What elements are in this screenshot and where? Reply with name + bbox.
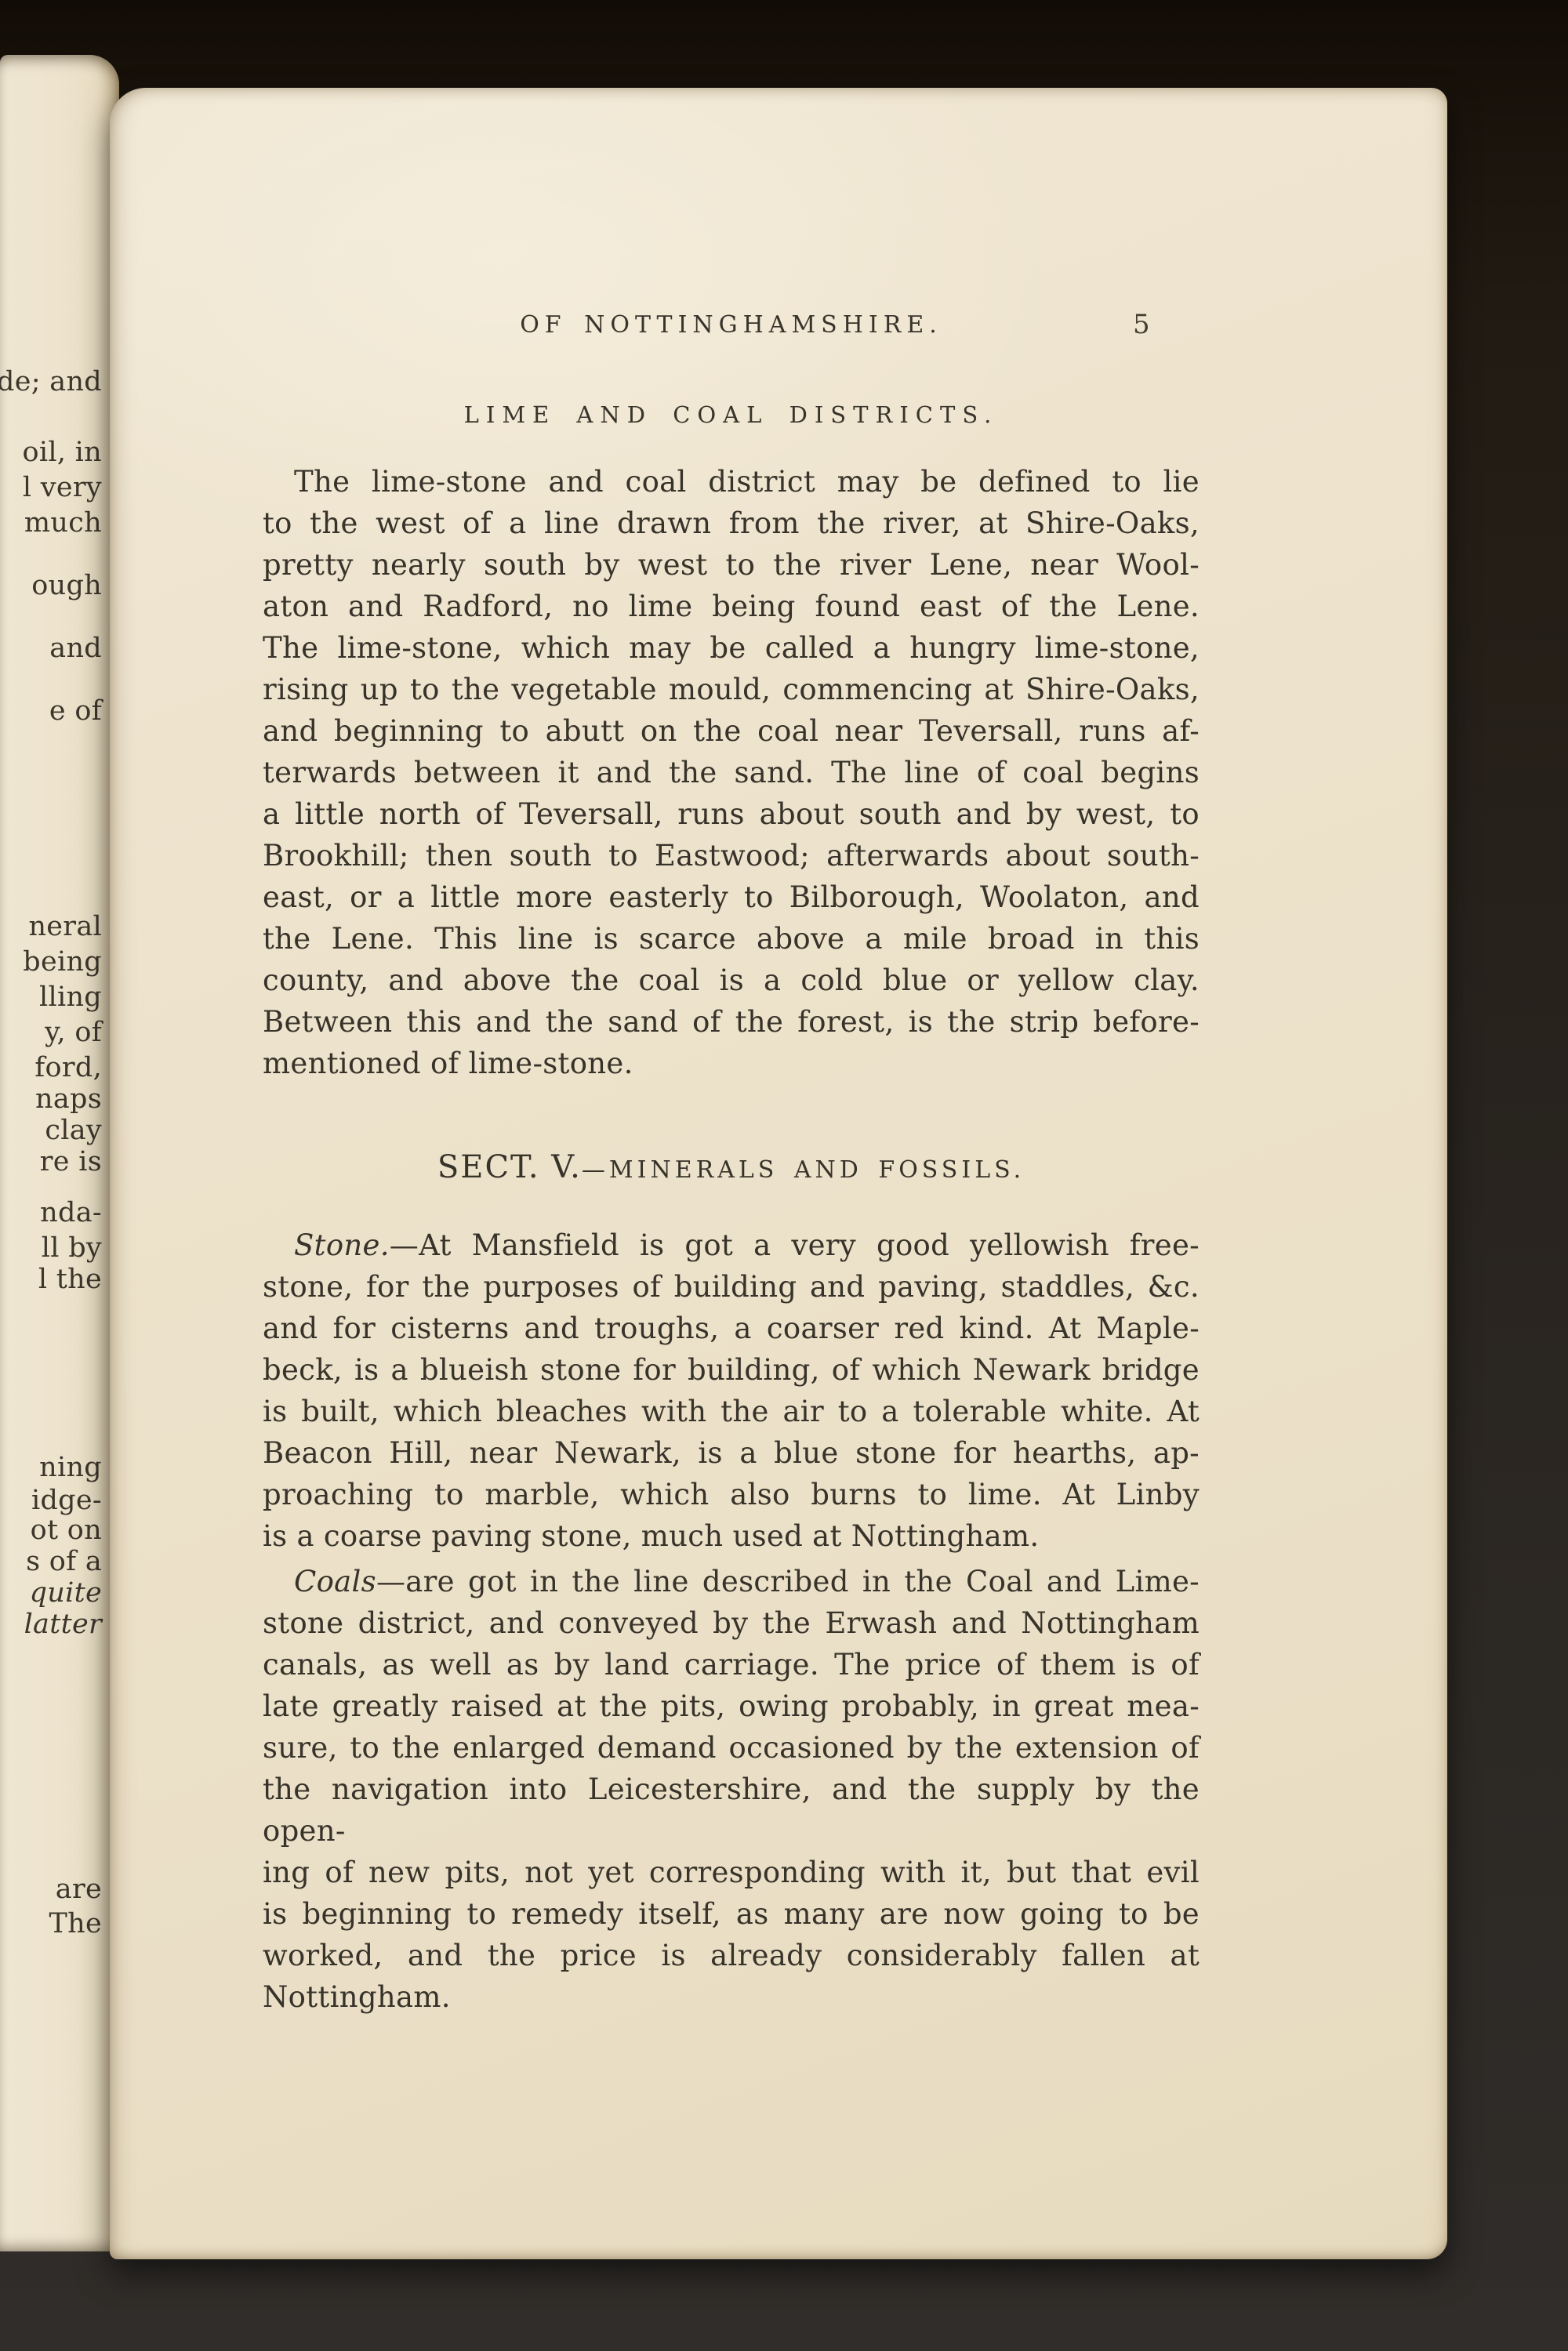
opposite-page-text-fragment: ough — [31, 568, 102, 603]
text-line: proaching to marble, which also burns to… — [263, 1474, 1200, 1515]
text-line: Between this and the sand of the forest,… — [263, 1001, 1200, 1043]
text-line: Coals—are got in the line described in t… — [263, 1561, 1200, 1602]
text-line: Brookhill; then south to Eastwood; after… — [263, 835, 1200, 876]
text-line: pretty nearly south by west to the river… — [263, 544, 1200, 586]
text-line: late greatly raised at the pits, owing p… — [263, 1685, 1200, 1727]
opposite-page-text-fragment: The — [49, 1907, 103, 1941]
opposite-page-text-fragment: de; and — [0, 365, 102, 399]
opposite-page-text-fragment: and — [49, 631, 102, 666]
text-line: sure, to the enlarged demand occasioned … — [263, 1727, 1200, 1769]
paragraph-stone: Stone.—At Mansfield is got a very good y… — [263, 1224, 1200, 1557]
text-line: rising up to the vegetable mould, commen… — [263, 669, 1200, 710]
opposite-page-text-fragment: latter — [24, 1607, 102, 1642]
opposite-page-text-fragment: naps — [35, 1082, 102, 1116]
text-line: is built, which bleaches with the air to… — [263, 1391, 1200, 1432]
book-page: 5 OF NOTTINGHAMSHIRE. LIME AND COAL DIST… — [110, 88, 1447, 2259]
sect-number: SECT. V. — [437, 1149, 582, 1185]
text-line: and beginning to abutt on the coal near … — [263, 710, 1200, 752]
text-line: county, and above the coal is a cold blu… — [263, 960, 1200, 1001]
opposite-page-text-fragment: ll by — [42, 1231, 102, 1265]
opposite-page-fragments: de; andoil, inl verymuchoughande ofneral… — [0, 55, 119, 2251]
running-head: OF NOTTINGHAMSHIRE. — [263, 310, 1200, 341]
text-line: east, or a little more easterly to Bilbo… — [263, 876, 1200, 918]
paragraph-coals: Coals—are got in the line described in t… — [263, 1561, 1200, 2018]
opposite-page-text-fragment: l the — [38, 1262, 102, 1297]
text-line: terwards between it and the sand. The li… — [263, 752, 1200, 793]
italic-lead-word: Stone. — [294, 1228, 390, 1262]
text-line: Beacon Hill, near Newark, is a blue ston… — [263, 1432, 1200, 1474]
opposite-page-text-fragment: neral — [28, 909, 102, 944]
text-line: stone district, and conveyed by the Erwa… — [263, 1602, 1200, 1644]
opposite-page-text-fragment: quite — [30, 1576, 102, 1610]
opposite-page-text-fragment: y, of — [45, 1015, 102, 1050]
text-line: the navigation into Leicestershire, and … — [263, 1769, 1200, 1852]
opposite-page-text-fragment: much — [24, 506, 102, 540]
text-line: is a coarse paving stone, much used at N… — [263, 1515, 1200, 1557]
opposite-page-text-fragment: ning — [39, 1450, 102, 1485]
text-line: aton and Radford, no lime being found ea… — [263, 586, 1200, 627]
sect-title: —MINERALS AND FOSSILS. — [582, 1156, 1025, 1184]
text-column: OF NOTTINGHAMSHIRE. LIME AND COAL DISTRI… — [263, 310, 1200, 2018]
text-line: The lime-stone and coal district may be … — [263, 461, 1200, 502]
text-line: beck, is a blueish stone for building, o… — [263, 1349, 1200, 1391]
text-line: mentioned of lime-stone. — [263, 1043, 1200, 1084]
text-line: stone, for the purposes of building and … — [263, 1266, 1200, 1308]
opposite-page-text-fragment: e of — [49, 694, 102, 728]
text-line: ing of new pits, not yet corresponding w… — [263, 1852, 1200, 1893]
text-line: the Lene. This line is scarce above a mi… — [263, 918, 1200, 960]
text-line: worked, and the price is already conside… — [263, 1935, 1200, 1976]
paragraph-lime-coal-district: The lime-stone and coal district may be … — [263, 461, 1200, 1084]
text-line: to the west of a line drawn from the riv… — [263, 502, 1200, 544]
opposite-page-edge: de; andoil, inl verymuchoughande ofneral… — [0, 55, 119, 2251]
text-line: Nottingham. — [263, 1976, 1200, 2018]
text-line: a little north of Teversall, runs about … — [263, 793, 1200, 835]
heading-lime-and-coal-districts: LIME AND COAL DISTRICTS. — [263, 398, 1200, 431]
text-line: and for cisterns and troughs, a coarser … — [263, 1308, 1200, 1349]
opposite-page-text-fragment: l very — [23, 470, 102, 505]
text-line: Stone.—At Mansfield is got a very good y… — [263, 1224, 1200, 1266]
opposite-page-text-fragment: re is — [40, 1145, 102, 1179]
opposite-page-text-fragment: s of a — [26, 1544, 102, 1579]
opposite-page-text-fragment: ford, — [34, 1050, 102, 1085]
opposite-page-text-fragment: nda- — [40, 1195, 102, 1230]
opposite-page-text-fragment: clay — [45, 1113, 102, 1148]
text-line: canals, as well as by land carriage. The… — [263, 1644, 1200, 1685]
heading-sect-v-minerals-and-fossils: SECT. V.—MINERALS AND FOSSILS. — [263, 1146, 1200, 1195]
italic-lead-word: Coals — [294, 1565, 376, 1598]
opposite-page-text-fragment: being — [23, 945, 102, 979]
opposite-page-text-fragment: lling — [39, 980, 102, 1014]
opposite-page-text-fragment: oil, in — [22, 435, 102, 470]
text-line: is beginning to remedy itself, as many a… — [263, 1893, 1200, 1935]
text-line: The lime-stone, which may be called a hu… — [263, 627, 1200, 669]
opposite-page-text-fragment: ot on — [31, 1513, 102, 1547]
scanned-book-photo: de; andoil, inl verymuchoughande ofneral… — [0, 0, 1568, 2351]
opposite-page-text-fragment: are — [56, 1872, 102, 1907]
